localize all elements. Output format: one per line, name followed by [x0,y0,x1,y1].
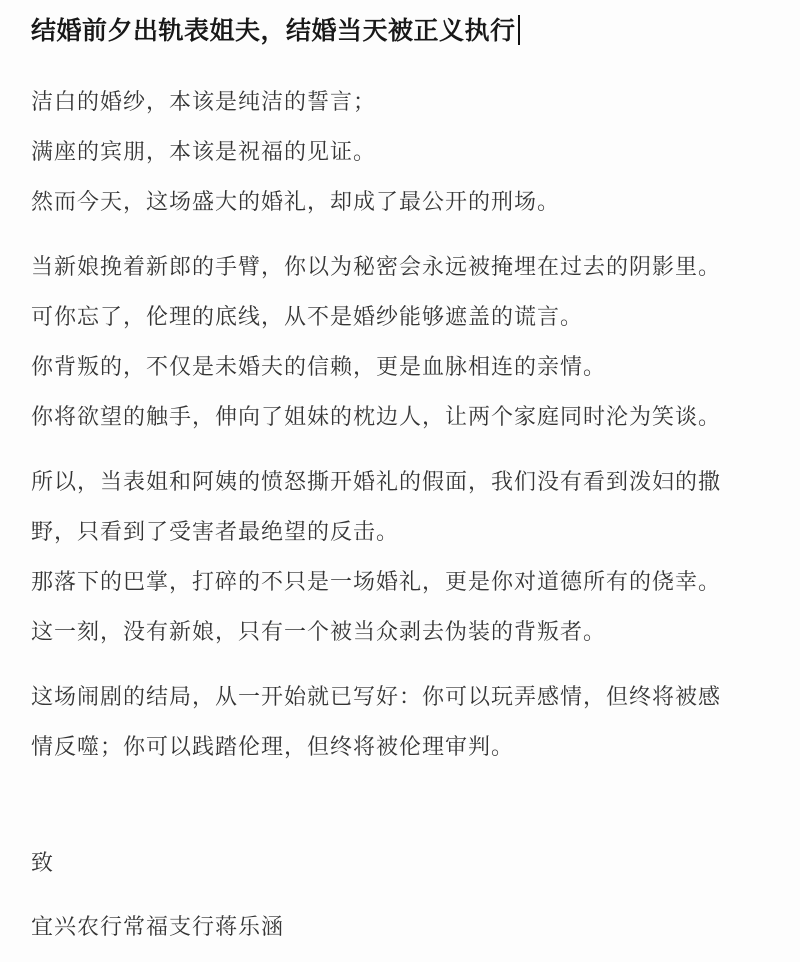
signoff-salute[interactable]: 致 [31,838,731,888]
paragraph[interactable]: 洁白的婚纱，本该是纯洁的誓言； [31,77,731,127]
paragraph[interactable]: 当新娘挽着新郎的手臂，你以为秘密会永远被掩埋在过去的阴影里。 [31,242,731,292]
document-title[interactable]: 结婚前夕出轨表姐夫，结婚当天被正义执行 [31,10,752,54]
document-body: 洁白的婚纱，本该是纯洁的誓言； 满座的宾朋，本该是祝福的见证。 然而今天，这场盛… [31,77,752,952]
paragraph[interactable]: 那落下的巴掌，打碎的不只是一场婚礼，更是你对道德所有的侥幸。 [31,557,731,607]
paragraph[interactable]: 满座的宾朋，本该是祝福的见证。 [31,127,731,177]
paragraph[interactable]: 然而今天，这场盛大的婚礼，却成了最公开的刑场。 [31,177,731,227]
paragraph[interactable]: 所以，当表姐和阿姨的愤怒撕开婚礼的假面，我们没有看到泼妇的撒野，只看到了受害者最… [31,457,731,557]
text-caret [518,15,520,45]
document-page: 结婚前夕出轨表姐夫，结婚当天被正义执行 洁白的婚纱，本该是纯洁的誓言； 满座的宾… [0,0,800,962]
paragraph[interactable]: 可你忘了，伦理的底线，从不是婚纱能够遮盖的谎言。 [31,292,731,342]
paragraph[interactable]: 这一刻，没有新娘，只有一个被当众剥去伪装的背叛者。 [31,607,731,657]
paragraph[interactable]: 你将欲望的触手，伸向了姐妹的枕边人，让两个家庭同时沦为笑谈。 [31,392,731,442]
paragraph[interactable]: 这场闹剧的结局，从一开始就已写好：你可以玩弄感情，但终将被感情反噬；你可以践踏伦… [31,672,731,772]
signoff-recipient[interactable]: 宜兴农行常福支行蒋乐涵 [31,902,731,952]
paragraph[interactable]: 你背叛的，不仅是未婚夫的信赖，更是血脉相连的亲情。 [31,342,731,392]
document-title-text: 结婚前夕出轨表姐夫，结婚当天被正义执行 [31,18,516,45]
